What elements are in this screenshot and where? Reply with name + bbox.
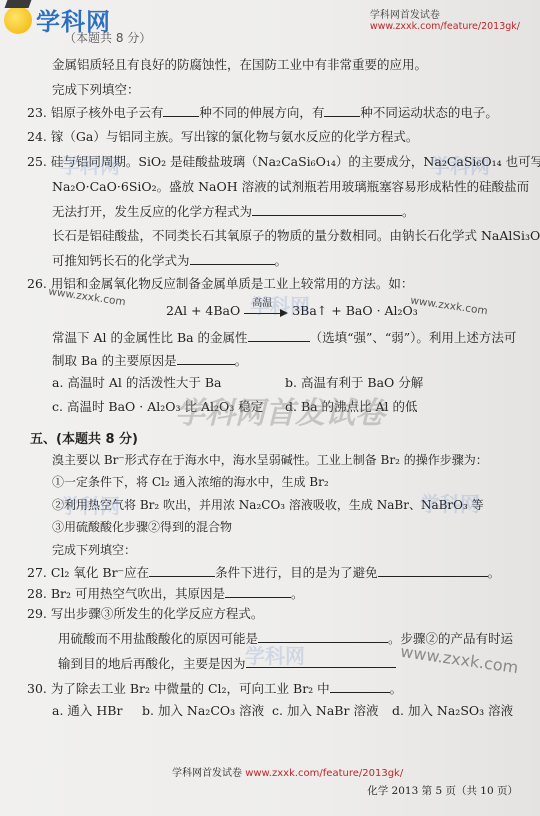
answer-blank[interactable] xyxy=(177,352,235,365)
watermark-logo: 学科网 xyxy=(430,150,490,179)
question-26-line3: 制取 Ba 的主要原因是。 xyxy=(52,352,247,369)
watermark-logo: 学科网 xyxy=(60,490,120,519)
question-25-line5: 可推知钙长石的化学式为。 xyxy=(52,252,287,269)
answer-blank[interactable] xyxy=(163,104,199,117)
question-24: 24. 镓（Ga）与铝同主族。写出镓的氯化物与氨水反应的化学方程式。 xyxy=(27,129,418,145)
section-score-partial: （本题共 8 分） xyxy=(64,30,151,46)
question-25-line4: 长石是铝硅酸盐，不同类长石其氧原子的物质的量分数相同。由钠长石化学式 NaAlS… xyxy=(52,228,540,244)
step-3: ③用硫酸酸化步骤②得到的混合物 xyxy=(52,519,232,535)
watermark-logo: 学科网 xyxy=(60,150,120,179)
question-29-line1: 29. 写出步骤③所发生的化学反应方程式。 xyxy=(27,606,263,622)
q30-option-b[interactable]: b. 加入 Na₂CO₃ 溶液 xyxy=(142,703,264,719)
answer-blank[interactable] xyxy=(225,585,291,598)
answer-blank[interactable] xyxy=(149,564,215,577)
footer-url[interactable]: www.zxxk.com/feature/2013gk/ xyxy=(245,768,403,779)
footer-title: 学科网首发试卷 xyxy=(172,768,242,779)
header-url[interactable]: www.zxxk.com/feature/2013gk/ xyxy=(370,21,520,32)
mascot-icon xyxy=(4,6,32,34)
answer-blank[interactable] xyxy=(252,203,402,216)
question-27: 27. Cl₂ 氧化 Br⁻应在条件下进行，目的是为了避免。 xyxy=(27,564,500,581)
section5-title: 五、(本题共 8 分) xyxy=(30,428,138,447)
watermark-url: www.zxxk.com xyxy=(399,642,519,677)
watermark-logo: 学科网 xyxy=(250,290,310,319)
q30-option-c[interactable]: c. 加入 NaBr 溶液 xyxy=(272,703,378,719)
section5-instruction: 完成下列填空： xyxy=(52,542,136,558)
section4-instruction: 完成下列填空： xyxy=(52,82,140,98)
question-26-line1: 26. 用铝和金属氧化物反应制备金属单质是工业上较常用的方法。如： xyxy=(27,276,413,292)
answer-blank[interactable] xyxy=(248,329,310,342)
question-25-line3: 无法打开，发生反应的化学方程式为。 xyxy=(52,203,415,220)
section4-intro: 金属铝质轻且有良好的防腐蚀性，在国防工业中有非常重要的应用。 xyxy=(52,57,427,73)
answer-blank[interactable] xyxy=(330,680,390,693)
watermark-logo: 学科网 xyxy=(245,640,305,669)
answer-blank[interactable] xyxy=(190,252,275,265)
header-title: 学科网首发试卷 xyxy=(370,6,520,21)
watermark-banner: 学科网首发试卷 xyxy=(175,388,385,432)
page-info: 化学 2013 第 5 页（共 10 页） xyxy=(367,783,518,798)
q30-option-a[interactable]: a. 通入 HBr xyxy=(52,703,122,719)
question-23: 23. 铝原子核外电子云有种不同的伸展方向，有种不同运动状态的电子。 xyxy=(27,104,498,121)
step-1: ①一定条件下，将 Cl₂ 通入浓缩的海水中，生成 Br₂ xyxy=(52,474,329,490)
q30-option-d[interactable]: d. 加入 Na₂SO₃ 溶液 xyxy=(392,703,513,719)
question-25-line2: Na₂O·CaO·6SiO₂。盛放 NaOH 溶液的试剂瓶若用玻璃瓶塞容易形成粘… xyxy=(52,179,529,195)
answer-blank[interactable] xyxy=(324,104,360,117)
watermark-logo: 学科网 xyxy=(420,488,480,517)
section5-intro: 溴主要以 Br⁻形式存在于海水中，海水呈弱碱性。工业上制备 Br₂ 的操作步骤为… xyxy=(52,452,488,468)
watermark-url: www.zxxk.com xyxy=(410,295,489,318)
header-right: 学科网首发试卷 www.zxxk.com/feature/2013gk/ xyxy=(370,6,520,32)
footer-center: 学科网首发试卷 www.zxxk.com/feature/2013gk/ xyxy=(172,764,403,779)
answer-blank[interactable] xyxy=(378,564,488,577)
question-26-line2: 常温下 Al 的金属性比 Ba 的金属性（选填“强”、“弱”）。利用上述方法可 xyxy=(52,329,516,346)
question-28: 28. Br₂ 可用热空气吹出，其原因是。 xyxy=(27,585,304,602)
question-30: 30. 为了除去工业 Br₂ 中微量的 Cl₂，可向工业 Br₂ 中。 xyxy=(27,680,402,697)
question-29-line3: 输到目的地后再酸化，主要是因为 xyxy=(58,655,396,672)
